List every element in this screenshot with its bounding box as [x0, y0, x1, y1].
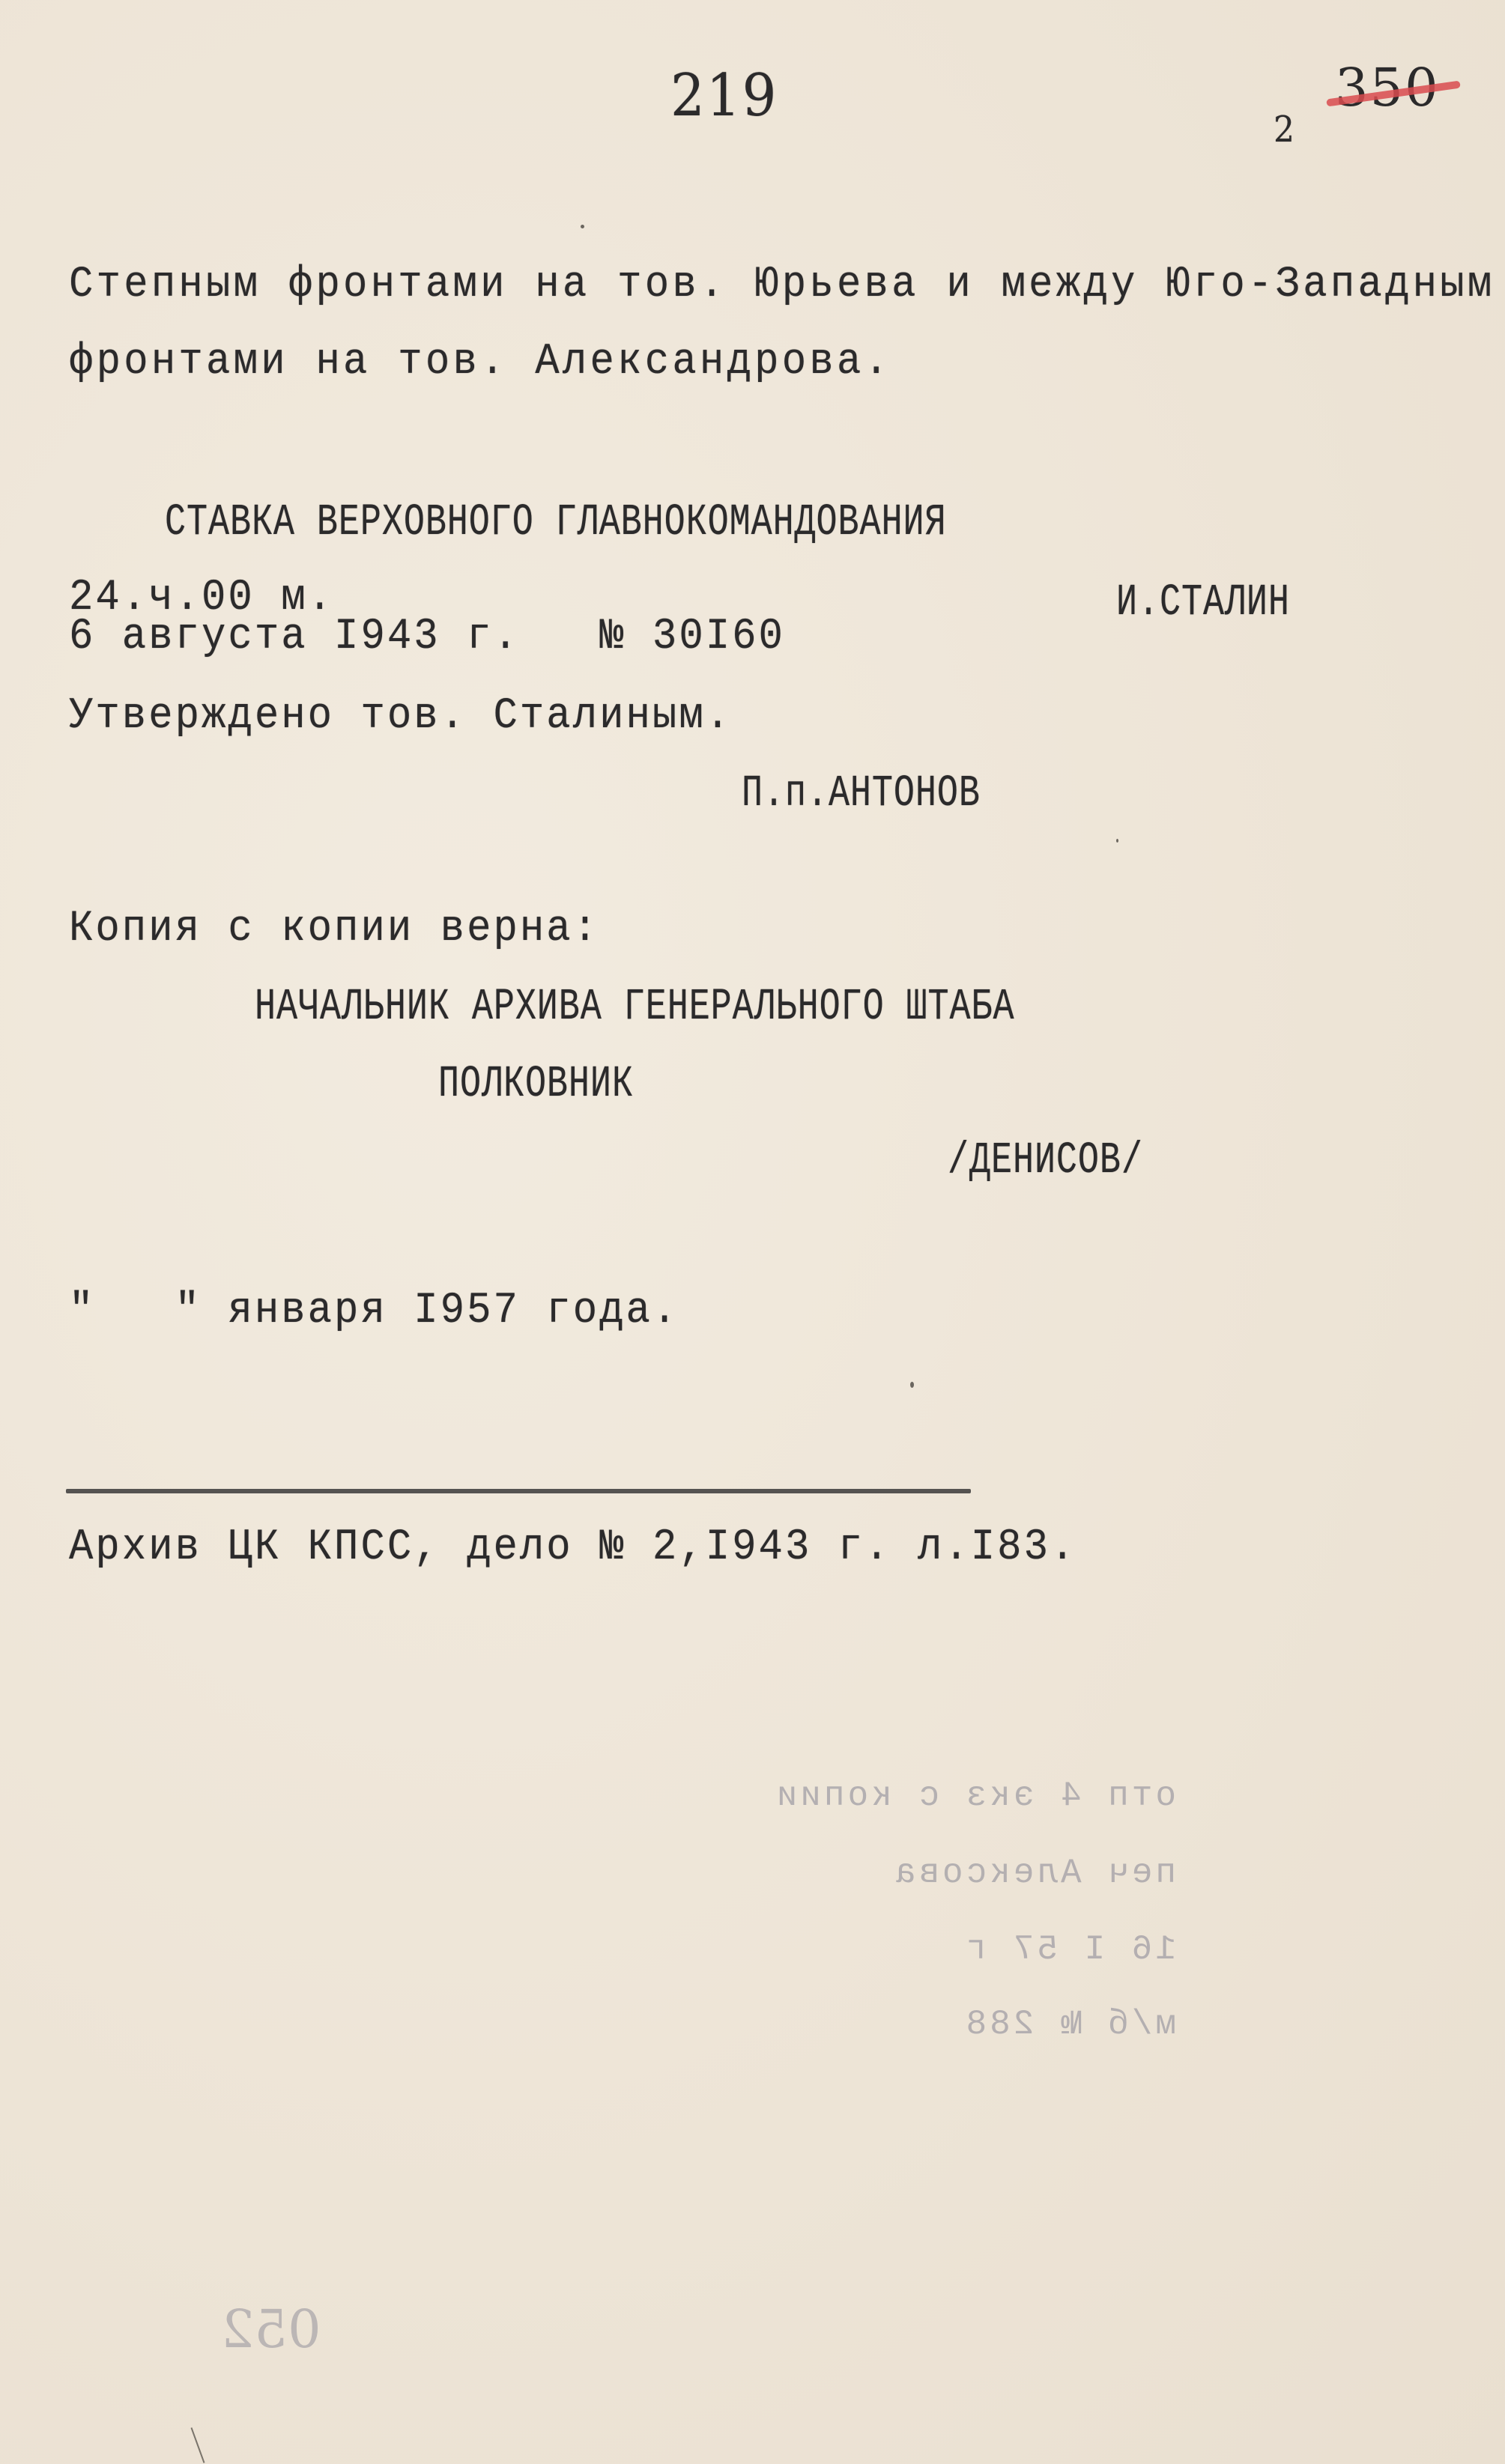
certification-date: " " января I957 года. [69, 1290, 679, 1333]
pencil-mark [191, 2427, 205, 2463]
body-paragraph-line-2: фронтами на тов. Александрова. [69, 341, 891, 384]
horizontal-rule [66, 1489, 971, 1493]
cosigner-antonov: П.п.АНТОНОВ [742, 771, 981, 816]
paper-speck [1116, 839, 1118, 843]
date-and-number-line: 6 августа I943 г. № 30I60 [69, 616, 785, 659]
paper-speck [581, 225, 584, 228]
bleed-through-line-3: 16 I 57 г [970, 1932, 1176, 1967]
signer-stalin: И.СТАЛИН [1116, 580, 1290, 625]
copy-certified-label: Копия с копии верна: [69, 908, 599, 951]
approved-note: Утверждено тов. Сталиным. [69, 695, 732, 738]
bleed-through-number: 052 [221, 2303, 321, 2355]
archive-source-reference: Архив ЦК КПСС, дело № 2,I943 г. л.I83. [69, 1526, 1076, 1570]
stavka-header: СТАВКА ВЕРХОВНОГО ГЛАВНОКОМАНДОВАНИЯ [165, 500, 946, 545]
bleed-through-line-4: м/б № 288 [970, 2007, 1176, 2042]
archive-page-number: 219 [670, 66, 778, 124]
paper-speck [910, 1382, 914, 1388]
bleed-through-line-1: отп 4 экз с копии [779, 1779, 1176, 1813]
archive-chief-title: НАЧАЛЬНИК АРХИВА ГЕНЕРАЛЬНОГО ШТАБА [255, 985, 1014, 1030]
name-denisov: /ДЕНИСОВ/ [948, 1138, 1143, 1183]
bleed-through-line-2: печ Алексова [899, 1856, 1176, 1890]
rank-colonel: ПОЛКОВНИК [438, 1062, 634, 1107]
sheet-number-small: 2 [1274, 112, 1297, 148]
body-paragraph-line-1: Степным фронтами на тов. Юрьева и между … [69, 264, 1505, 307]
